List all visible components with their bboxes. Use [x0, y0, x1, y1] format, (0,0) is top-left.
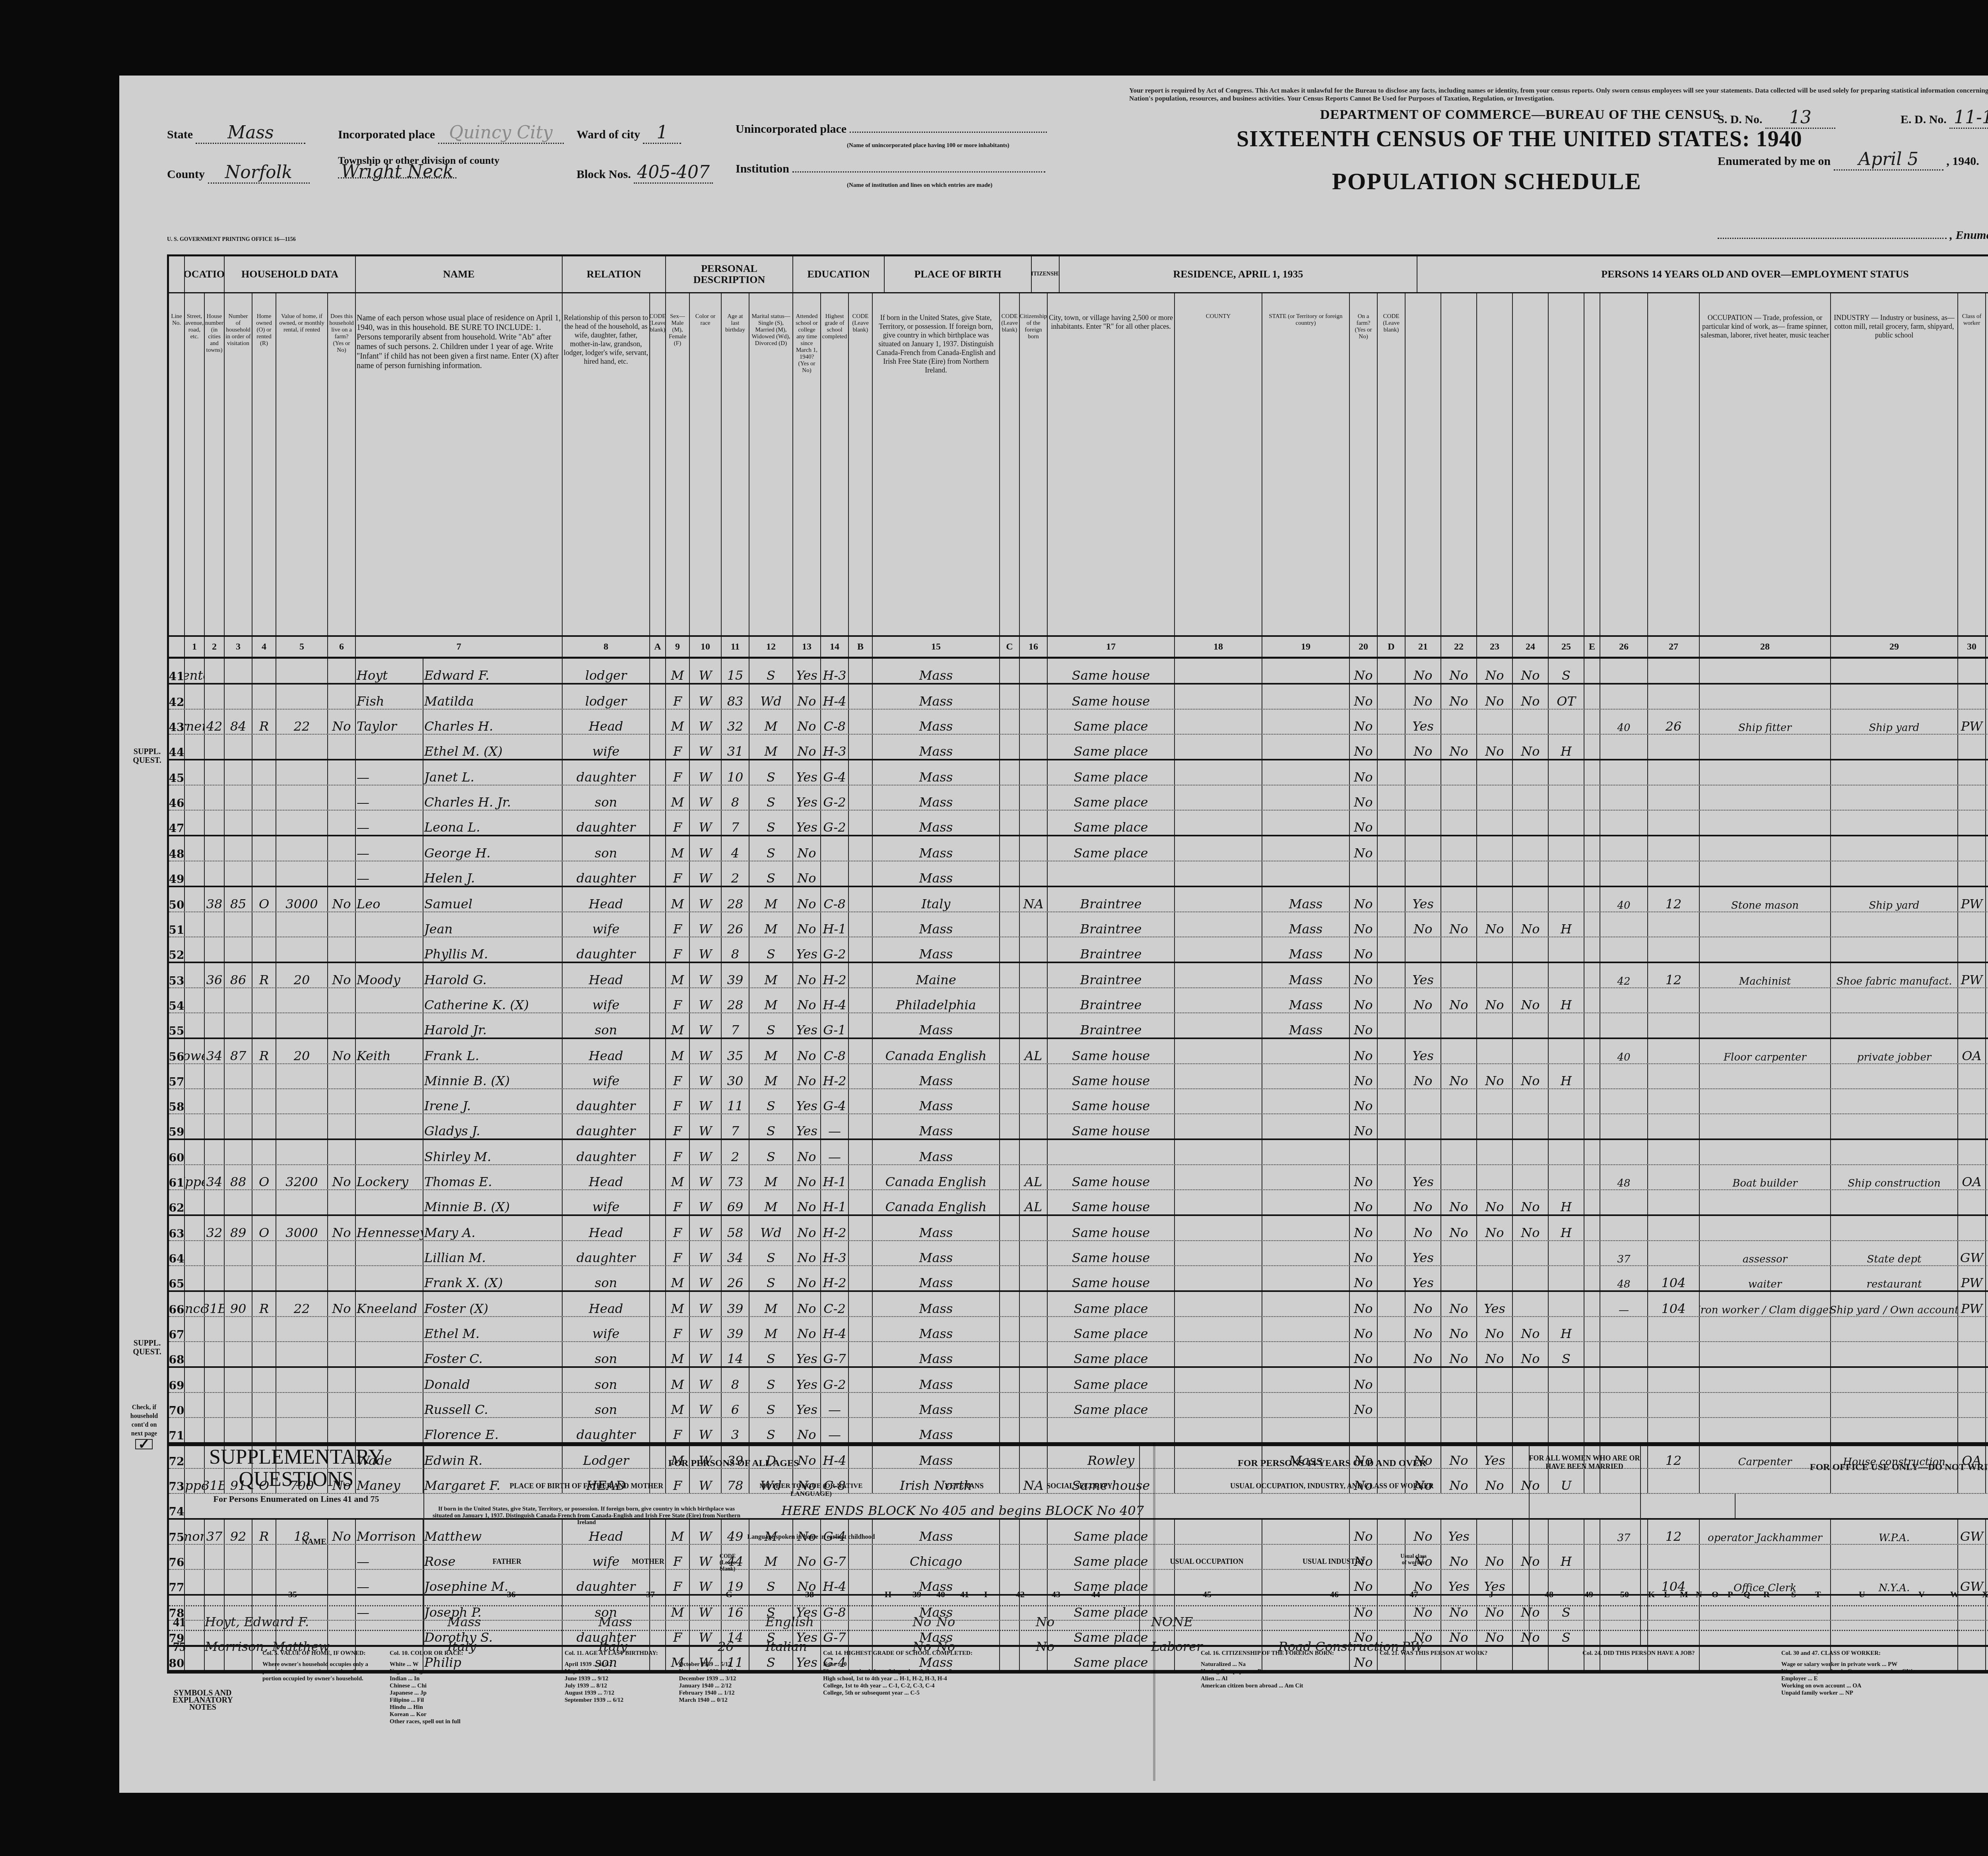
cell-emp25 [1549, 1039, 1584, 1063]
cell-race: W [690, 912, 722, 937]
cell-birthplace: Mass [873, 1140, 1000, 1164]
note-item: Negro ... Neg [390, 1668, 541, 1675]
cell-citizenship [1020, 1114, 1048, 1138]
cell-code-blank [1986, 735, 1988, 759]
cell-code-blank [1378, 1418, 1406, 1442]
cell-sex: F [666, 1190, 690, 1214]
cell-emp21: No [1406, 1216, 1441, 1240]
cell-emp23 [1477, 836, 1513, 861]
cell-grade [821, 861, 849, 886]
cell-value: 3200 [276, 1165, 328, 1189]
cell-res-county [1175, 1368, 1262, 1392]
cell-code-blank [1986, 1317, 1988, 1341]
sd-field: S. D. No. 13 [1718, 107, 1835, 129]
cell-line: 61 [169, 1165, 185, 1189]
institution-note: (Name of institution and lines on which … [847, 182, 992, 189]
cell-hours [1600, 1140, 1648, 1164]
cell-marital: S [749, 937, 793, 962]
cell-street [185, 861, 205, 886]
cell-age: 73 [722, 1165, 749, 1189]
cell-surname [356, 1368, 423, 1392]
cell-owned [252, 1368, 276, 1392]
supp-column-number: 45 [1203, 1589, 1211, 1600]
cell-emp21: No [1406, 1064, 1441, 1088]
cell-res-farm: No [1350, 1039, 1378, 1063]
cell-value [276, 1064, 328, 1088]
cell-emp24: No [1513, 1190, 1549, 1214]
cell-res-farm: No [1350, 1368, 1378, 1392]
cell-line: 62 [169, 1190, 185, 1214]
cell-citizenship: AL [1020, 1165, 1048, 1189]
cell-code-blank [1584, 1064, 1600, 1088]
supp-mother-col: MOTHER [582, 1557, 714, 1566]
cell-res-county [1175, 1266, 1262, 1290]
cell-citizenship [1020, 710, 1048, 734]
cell-value [276, 685, 328, 709]
cell-marital: S [749, 1418, 793, 1442]
note-item: November 1939 ... 4/12 [679, 1668, 788, 1675]
cell-hours [1600, 1190, 1648, 1214]
cell-relation: daughter [563, 1241, 650, 1265]
cell-visit [225, 988, 252, 1012]
cell-owned [252, 1393, 276, 1417]
table-row: 67Ethel M.wifeFW39MNoH-4MassSame placeNo… [169, 1317, 1988, 1342]
cell-citizenship [1020, 912, 1048, 937]
cell-birthplace: Mass [873, 710, 1000, 734]
table-row: 70Russell C.sonMW6SYes—MassSame placeNoN… [169, 1393, 1988, 1418]
note-col11: Col. 11. AGE AT LAST BIRTHDAY: April 193… [565, 1650, 787, 1704]
cell-emp22: No [1441, 1342, 1477, 1366]
cell-age: 7 [722, 1013, 749, 1038]
cell-res-state: Mass [1262, 937, 1350, 962]
cell-owned [252, 1089, 276, 1113]
cell-house [205, 912, 225, 937]
cell-relation: wife [563, 912, 650, 937]
cell-occupation: assessor [1700, 1241, 1831, 1265]
cell-given: Janet L. [423, 760, 563, 785]
cell-owned [252, 1140, 276, 1164]
cell-code-blank [1000, 1241, 1020, 1265]
cell-emp22 [1441, 963, 1477, 987]
cell-emp21: No [1406, 659, 1441, 683]
cell-birthplace: Mass [873, 659, 1000, 683]
cell-emp25: H [1549, 988, 1584, 1012]
cell-res-farm: No [1350, 1013, 1378, 1038]
cell-res-state [1262, 760, 1350, 785]
cell-code-blank [849, 937, 873, 962]
cell-school: No [793, 1418, 821, 1442]
cell-occupation [1700, 912, 1831, 937]
cell-emp21 [1406, 1368, 1441, 1392]
cell-industry: restaurant [1831, 1266, 1958, 1290]
column-number: 10 [690, 637, 722, 657]
cell-res-county [1175, 1013, 1262, 1038]
cell-code-blank [1986, 1368, 1988, 1392]
cell-residence: Same house [1048, 1039, 1175, 1063]
cell-race: W [690, 1216, 722, 1240]
cell-owned [252, 1190, 276, 1214]
cell-marital: S [749, 1393, 793, 1417]
cell-hours [1600, 735, 1648, 759]
table-row: 71Florence E.daughterFW3SNo—MassNo71 [169, 1418, 1988, 1444]
note-item: August 1939 ... 7/12 [565, 1689, 673, 1697]
cell-emp24: No [1513, 1216, 1549, 1240]
cell-age: 3 [722, 1418, 749, 1442]
cell-age: 6 [722, 1393, 749, 1417]
cell-owned [252, 937, 276, 962]
cell-emp21 [1406, 836, 1441, 861]
cell-occupation [1700, 1317, 1831, 1341]
cell-code-blank [849, 1013, 873, 1038]
cell-emp23 [1477, 1368, 1513, 1392]
cell-race: W [690, 1039, 722, 1063]
cell-code-blank [849, 811, 873, 835]
table-row: 68Foster C.sonMW14SYesG-7MassSame placeN… [169, 1342, 1988, 1368]
cell-birthplace: Mass [873, 1266, 1000, 1290]
cell-code-blank [1378, 1317, 1406, 1341]
cell-res-state [1262, 1140, 1350, 1164]
cell-code-blank [650, 861, 666, 886]
cell-sex: M [666, 785, 690, 810]
cell-race: W [690, 811, 722, 835]
cell-emp21: No [1406, 912, 1441, 937]
cell-grade: H-4 [821, 1317, 849, 1341]
cell-given: Frank L. [423, 1039, 563, 1063]
cell-line: 43 [169, 710, 185, 734]
cell-code-blank [1000, 760, 1020, 785]
cell-emp23 [1477, 1266, 1513, 1290]
cell-code-blank [1986, 710, 1988, 734]
cell-given: Samuel [423, 887, 563, 912]
cell-race: W [690, 760, 722, 785]
cell-citizenship [1020, 1317, 1048, 1341]
cell-emp21: No [1406, 1190, 1441, 1214]
cell-race: W [690, 735, 722, 759]
column-number: 18 [1175, 637, 1262, 657]
cell-residence: Same house [1048, 685, 1175, 709]
cell-class [1958, 1140, 1986, 1164]
cell-sex: F [666, 1089, 690, 1113]
cell-emp21: No [1406, 685, 1441, 709]
unincorporated-place-value [850, 132, 1047, 133]
cell-class: PW [1958, 1266, 1986, 1290]
parents-birthplace-heading: PLACE OF BIRTH OF FATHER AND MOTHER [431, 1482, 742, 1490]
cell-surname: — [356, 760, 423, 785]
cell-street [185, 785, 205, 810]
cell-citizenship [1020, 1342, 1048, 1366]
cell-emp21 [1406, 811, 1441, 835]
cell-emp21 [1406, 1089, 1441, 1113]
supplementary-questions: SUPPLEMENTARY QUESTIONS For Persons Enum… [167, 1443, 1988, 1647]
cell-sex: M [666, 1039, 690, 1063]
cell-relation: wife [563, 735, 650, 759]
cell-residence: Same place [1048, 710, 1175, 734]
cell-hours: 40 [1600, 1039, 1648, 1063]
cell-hours [1600, 760, 1648, 785]
cell-emp21: Yes [1406, 887, 1441, 912]
cell-surname [356, 1013, 423, 1038]
cell-citizenship [1020, 1418, 1048, 1442]
table-row: 49—Helen J.daughterFW2SNoMassNo49 [169, 861, 1988, 887]
cell-emp24 [1513, 1140, 1549, 1164]
cell-emp25: H [1549, 1064, 1584, 1088]
cell-citizenship [1020, 735, 1048, 759]
cell-given: Edward F. [423, 659, 563, 683]
cell-line: 66 [169, 1292, 185, 1316]
cell-surname [356, 988, 423, 1012]
table-row: 533686R20NoMoodyHarold G.HeadMW39MNoH-2M… [169, 963, 1988, 988]
cell-res-state [1262, 1165, 1350, 1189]
cell-emp25: S [1549, 1342, 1584, 1366]
cell-emp23 [1477, 811, 1513, 835]
cell-school: No [793, 735, 821, 759]
cell-farm [328, 988, 356, 1012]
cell-code-blank [650, 1393, 666, 1417]
cell-res-state [1262, 1393, 1350, 1417]
cell-house [205, 1064, 225, 1088]
cell-emp22 [1441, 861, 1477, 886]
cell-grade: — [821, 1140, 849, 1164]
cell-emp24 [1513, 1165, 1549, 1189]
cell-emp24 [1513, 1013, 1549, 1038]
cell-hours [1600, 1064, 1648, 1088]
cell-surname: Hennessey [356, 1216, 423, 1240]
cell-class: GW [1958, 1241, 1986, 1265]
cell-hours: — [1600, 1292, 1648, 1316]
cell-code-blank [650, 1216, 666, 1240]
cell-weeks-unemp [1648, 1418, 1700, 1442]
cell-code-blank [849, 1418, 873, 1442]
cell-code-blank [650, 710, 666, 734]
cell-emp23: No [1477, 685, 1513, 709]
cell-code-blank [1986, 811, 1988, 835]
cell-house: 34 [205, 1165, 225, 1189]
cell-given: Matilda [423, 685, 563, 709]
cell-owned [252, 785, 276, 810]
cell-age: 28 [722, 887, 749, 912]
cell-code-blank [849, 659, 873, 683]
cell-relation: Head [563, 1292, 650, 1316]
cell-emp24: No [1513, 1317, 1549, 1341]
cell-res-state: Mass [1262, 963, 1350, 987]
cell-school: Yes [793, 785, 821, 810]
cell-relation: wife [563, 1317, 650, 1341]
cell-sex: M [666, 887, 690, 912]
cell-res-state [1262, 1418, 1350, 1442]
cell-birthplace: Mass [873, 1292, 1000, 1316]
cell-emp24 [1513, 760, 1549, 785]
cell-code-blank [1378, 1140, 1406, 1164]
cell-occupation [1700, 1216, 1831, 1240]
cell-res-farm: No [1350, 1342, 1378, 1366]
cell-house: 32 [205, 1216, 225, 1240]
cell-code-blank [1584, 1039, 1600, 1063]
cell-res-county [1175, 760, 1262, 785]
cell-occupation: Floor carpenter [1700, 1039, 1831, 1063]
cell-age: 30 [722, 1064, 749, 1088]
cell-weeks-unemp: 104 [1648, 1292, 1700, 1316]
cell-birthplace: Mass [873, 1368, 1000, 1392]
cell-emp24: No [1513, 1064, 1549, 1088]
continued-check-label: Check, if household cont'd on next page [125, 1403, 163, 1438]
cell-citizenship [1020, 1013, 1048, 1038]
cell-emp25 [1549, 1292, 1584, 1316]
cell-emp24 [1513, 1266, 1549, 1290]
cell-grade: H-1 [821, 1165, 849, 1189]
cell-surname [356, 1064, 423, 1088]
cell-farm [328, 659, 356, 683]
column-number: E [1584, 637, 1600, 657]
cell-owned: R [252, 1292, 276, 1316]
supp-cell-language: English [765, 1614, 814, 1629]
cell-marital: M [749, 710, 793, 734]
suppl-quest-marker-75: SUPPL. QUEST. [131, 1339, 163, 1356]
cell-weeks-unemp: 104 [1648, 1266, 1700, 1290]
cell-industry [1831, 1190, 1958, 1214]
supp-column-number: G [726, 1589, 732, 1600]
cell-code-blank [1378, 760, 1406, 785]
cell-race: W [690, 685, 722, 709]
cell-marital: M [749, 887, 793, 912]
cell-hours [1600, 861, 1648, 886]
cell-class [1958, 811, 1986, 835]
cell-code-blank [1584, 887, 1600, 912]
cell-owned [252, 1317, 276, 1341]
cell-grade: G-2 [821, 937, 849, 962]
note-item: Filipino ... Fil [390, 1697, 541, 1704]
cell-emp24 [1513, 1292, 1549, 1316]
table-row: 633289O3000NoHennesseyMary A.HeadFW58WdN… [169, 1216, 1988, 1241]
cell-res-state [1262, 710, 1350, 734]
cell-emp22 [1441, 1039, 1477, 1063]
ward-value: 1 [643, 122, 681, 144]
cell-emp24 [1513, 710, 1549, 734]
column-number: 2 [205, 637, 225, 657]
cell-residence [1048, 861, 1175, 886]
cell-emp25: H [1549, 735, 1584, 759]
cell-code-blank [650, 1292, 666, 1316]
cell-res-county [1175, 887, 1262, 912]
cell-industry [1831, 1216, 1958, 1240]
cell-code-blank [1986, 1089, 1988, 1113]
cell-age: 7 [722, 1114, 749, 1138]
cell-value: 22 [276, 710, 328, 734]
cell-line: 51 [169, 912, 185, 937]
column-number: B [849, 637, 873, 657]
cell-res-state: Mass [1262, 912, 1350, 937]
cell-emp23 [1477, 1241, 1513, 1265]
cell-grade: G-4 [821, 1089, 849, 1113]
column-number: 22 [1441, 637, 1477, 657]
cell-marital: M [749, 1317, 793, 1341]
note-item: Other races, spell out in full [390, 1718, 541, 1725]
cell-grade: H-1 [821, 1190, 849, 1214]
cell-emp22 [1441, 1013, 1477, 1038]
table-row: 65Frank X. (X)sonMW26SNoH-2MassSame hous… [169, 1266, 1988, 1292]
cell-birthplace: Mass [873, 1342, 1000, 1366]
cell-sex: F [666, 1140, 690, 1164]
cell-code-blank [849, 861, 873, 886]
column-number: F [1986, 637, 1988, 657]
cell-citizenship [1020, 1216, 1048, 1240]
cell-visit [225, 1368, 252, 1392]
cell-grade: G-4 [821, 760, 849, 785]
cell-visit [225, 1342, 252, 1366]
cell-owned [252, 659, 276, 683]
column-number: 5 [276, 637, 328, 657]
cell-birthplace: Mass [873, 1241, 1000, 1265]
cell-emp22: No [1441, 1190, 1477, 1214]
cell-house [205, 760, 225, 785]
cell-code-blank [849, 887, 873, 912]
cell-industry [1831, 659, 1958, 683]
cell-street: Hancock [185, 1292, 205, 1316]
cell-emp25 [1549, 861, 1584, 886]
cell-street [185, 685, 205, 709]
note-item: December 1939 ... 3/12 [679, 1675, 788, 1682]
cell-school: No [793, 1190, 821, 1214]
cell-code-blank [1584, 836, 1600, 861]
cell-age: 39 [722, 963, 749, 987]
cell-res-county [1175, 1418, 1262, 1442]
cell-residence: Same house [1048, 1064, 1175, 1088]
cell-surname: Leo [356, 887, 423, 912]
cell-code-blank [1584, 1241, 1600, 1265]
cell-age: 26 [722, 912, 749, 937]
cell-emp22 [1441, 887, 1477, 912]
cell-code-blank [849, 1292, 873, 1316]
cell-owned [252, 1266, 276, 1290]
cell-class [1958, 937, 1986, 962]
cell-farm [328, 1241, 356, 1265]
cell-birthplace: Mass [873, 685, 1000, 709]
cell-code-blank [849, 1114, 873, 1138]
cell-race: W [690, 887, 722, 912]
cell-farm: No [328, 1216, 356, 1240]
cell-given: Irene J. [423, 1089, 563, 1113]
cell-farm [328, 1266, 356, 1290]
unincorporated-place-field: Unincorporated place [736, 122, 1047, 136]
cell-industry: Ship yard / Own account [1831, 1292, 1958, 1316]
supp-cell-vet: No [912, 1614, 931, 1629]
cell-sex: F [666, 735, 690, 759]
cell-code-blank [1584, 760, 1600, 785]
continued-checkbox[interactable]: ✓ [135, 1439, 153, 1449]
cell-occupation [1700, 1013, 1831, 1038]
cell-industry [1831, 912, 1958, 937]
cell-relation: Head [563, 710, 650, 734]
cell-relation: daughter [563, 1418, 650, 1442]
cell-street [185, 1317, 205, 1341]
cell-emp23 [1477, 887, 1513, 912]
cell-marital: S [749, 836, 793, 861]
incorporated-place-field: Incorporated place Quincy City [338, 122, 564, 144]
cell-birthplace: Mass [873, 1317, 1000, 1341]
supp-column-number: 42 [1016, 1589, 1025, 1600]
cell-industry: Shoe fabric manufact. [1831, 963, 1958, 987]
cell-house [205, 785, 225, 810]
cell-citizenship: AL [1020, 1039, 1048, 1063]
cell-visit [225, 937, 252, 962]
cell-emp21 [1406, 1140, 1441, 1164]
cell-residence: Braintree [1048, 912, 1175, 937]
cell-code-blank [1378, 1089, 1406, 1113]
cell-street [185, 811, 205, 835]
cell-value [276, 1114, 328, 1138]
supp-cell-ss: No [1036, 1614, 1054, 1629]
cell-race: W [690, 1140, 722, 1164]
cell-weeks-unemp [1648, 1241, 1700, 1265]
